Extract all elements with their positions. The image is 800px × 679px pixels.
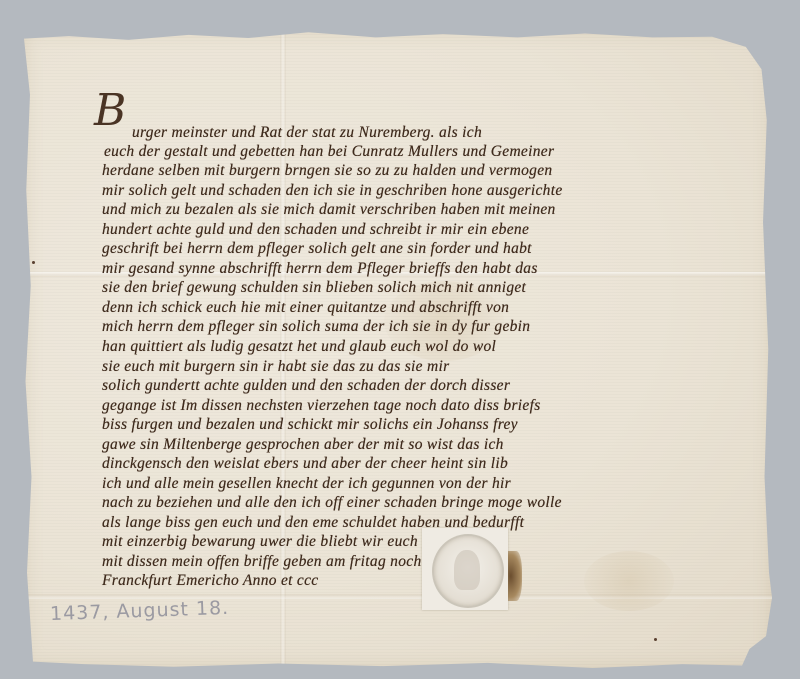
wax-seal bbox=[432, 534, 504, 608]
document-paper: B urger meinster und Rat der stat zu Nur… bbox=[24, 31, 772, 668]
text-line: mich herrn dem pfleger sin solich suma d… bbox=[102, 317, 530, 336]
text-line: han quittiert als ludig gesatzt het und … bbox=[102, 337, 496, 356]
text-line: geschrift bei herrn dem pfleger solich g… bbox=[102, 239, 532, 258]
text-line: herdane selben mit burgern brngen sie so… bbox=[102, 161, 552, 180]
text-line: nach zu beziehen und alle den ich off ei… bbox=[102, 493, 562, 512]
text-line: urger meinster und Rat der stat zu Nurem… bbox=[132, 123, 482, 142]
text-line: sie den brief gewung schulden sin bliebe… bbox=[102, 278, 526, 297]
text-line: dinckgensch den weislat ebers und aber d… bbox=[102, 454, 508, 473]
paper-stain bbox=[584, 551, 674, 611]
text-line: solich gundertt achte gulden und den sch… bbox=[102, 376, 510, 395]
text-line: sie euch mit burgern sin ir habt sie das… bbox=[102, 357, 449, 376]
text-line: denn ich schick euch hie mit einer quita… bbox=[102, 298, 509, 317]
ink-speck bbox=[654, 638, 657, 641]
text-line: und mich zu bezalen als sie mich damit v… bbox=[102, 200, 556, 219]
seal-wax-edge bbox=[508, 551, 522, 601]
text-line: mir solich gelt und schaden den ich sie … bbox=[102, 181, 563, 200]
decorated-initial: B bbox=[94, 89, 126, 133]
text-line: ich und alle mein gesellen knecht der ic… bbox=[102, 474, 511, 493]
closing-line-date: Franckfurt Emericho Anno et ccc bbox=[102, 571, 318, 590]
text-line: biss furgen und bezalen und schickt mir … bbox=[102, 415, 518, 434]
text-line: gawe sin Miltenberge gesprochen aber der… bbox=[102, 435, 504, 454]
text-line: hundert achte guld und den schaden und s… bbox=[102, 220, 529, 239]
ink-speck bbox=[32, 261, 35, 264]
text-line: euch der gestalt und gebetten han bei Cu… bbox=[104, 142, 554, 161]
seal-emblem-icon bbox=[454, 550, 480, 590]
text-line: mir gesand synne abschrifft herrn dem Pf… bbox=[102, 259, 538, 278]
archival-pencil-note: 1437, August 18. bbox=[50, 597, 230, 625]
text-line: gegange ist Im dissen nechsten vierzehen… bbox=[102, 396, 541, 415]
